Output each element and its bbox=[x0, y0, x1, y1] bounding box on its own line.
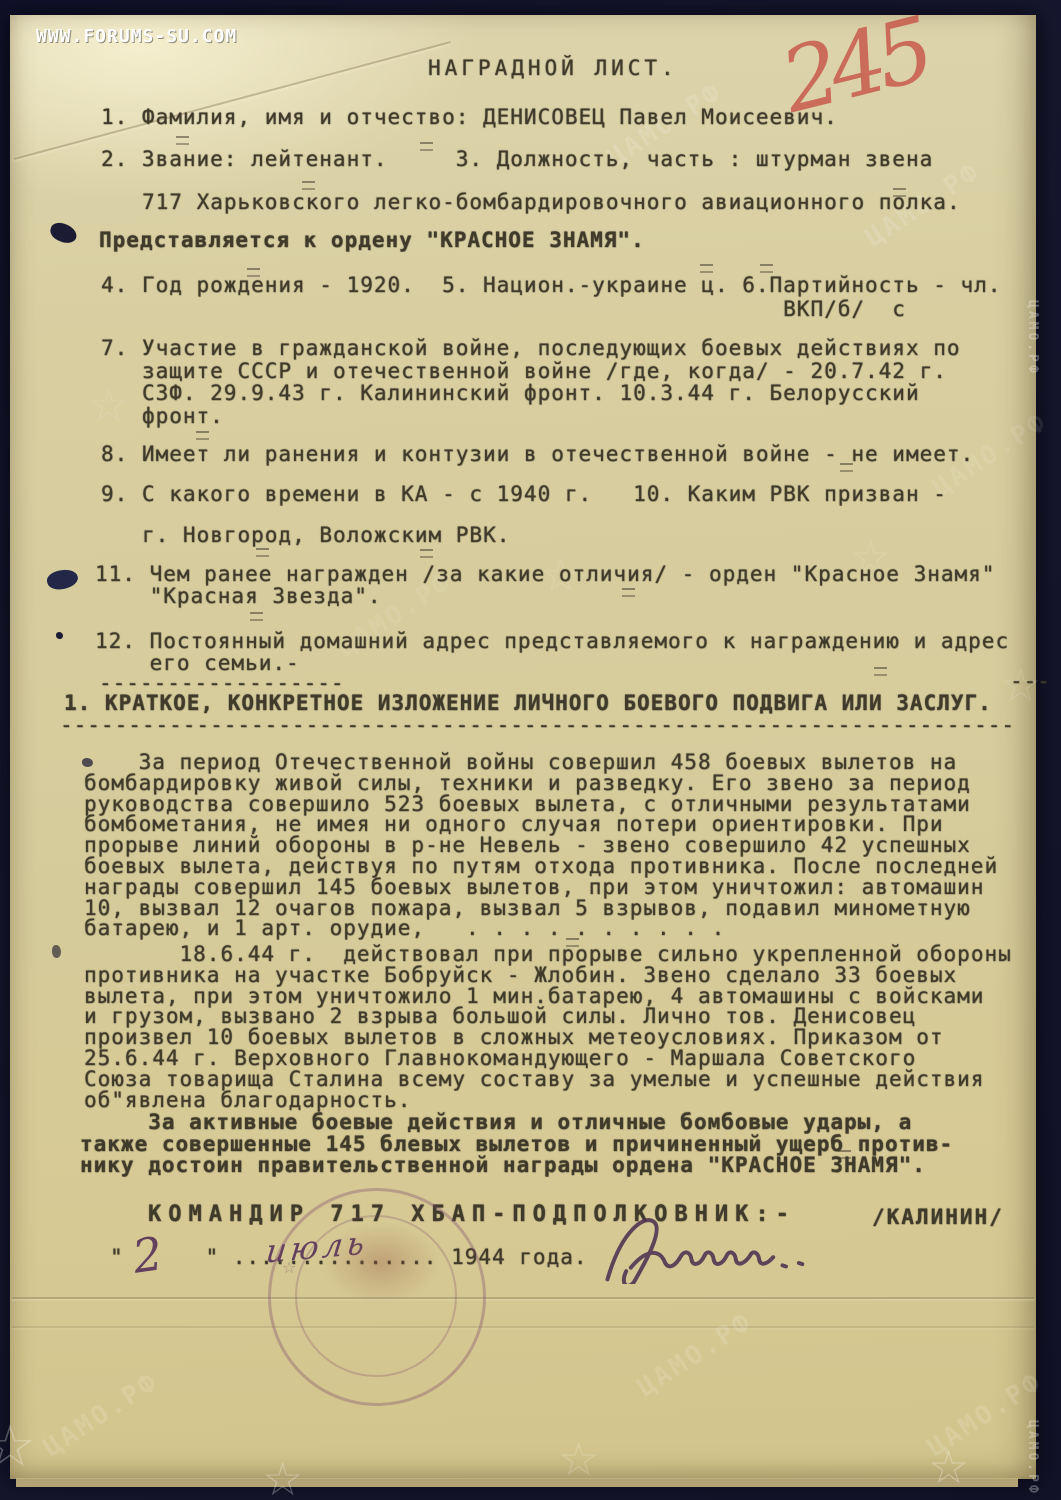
round-stamp-center-smudge bbox=[322, 1222, 440, 1304]
citation-paragraph-1: За период Отечественной войны совершил 4… bbox=[84, 752, 998, 939]
site-watermark: WWW.FORUMS-SU.COM bbox=[36, 26, 237, 47]
ink-blot bbox=[56, 632, 63, 639]
field-rank-position: 2. Звание: лейтенант. 3. Должность, част… bbox=[101, 148, 933, 170]
citation-paragraph-2: 18.6.44 г. действовал при прорыве сильно… bbox=[84, 944, 1012, 1110]
paper-bottom-edge bbox=[16, 1478, 1018, 1487]
pencil-mark bbox=[302, 181, 315, 190]
archive-watermark: ЦАМО.РФ bbox=[1025, 1420, 1040, 1496]
field-presented-order: Представляется к ордену "КРАСНОЕ ЗНАМЯ". bbox=[99, 229, 645, 251]
dashed-rule: ----------------------------------------… bbox=[60, 714, 1015, 736]
pencil-mark bbox=[760, 264, 773, 273]
star-watermark-icon: ☆ bbox=[928, 1440, 969, 1494]
star-watermark-icon: ☆ bbox=[0, 1412, 36, 1480]
crease-line bbox=[12, 1297, 1034, 1299]
field-name: 1. Фамилия, имя и отчество: ДЕНИСОВЕЦ Па… bbox=[101, 106, 838, 128]
star-watermark-icon: ☆ bbox=[262, 1452, 303, 1500]
field-unit: 717 Харьковского легко-бомбардировочного… bbox=[142, 191, 961, 213]
pencil-mark bbox=[176, 136, 189, 145]
pencil-mark bbox=[196, 431, 209, 440]
citation-paragraph-3: За активные боевые действия и отличные б… bbox=[80, 1112, 953, 1177]
field-previous-awards: 11. Чем ранее награжден /за какие отличи… bbox=[95, 563, 995, 607]
commander-signature bbox=[592, 1214, 840, 1284]
pencil-mark bbox=[700, 264, 713, 273]
field-service-since: 9. С какого времени в КА - с 1940 г. 10.… bbox=[101, 483, 947, 505]
field-birth-nationality-party: 4. Год рождения - 1920. 5. Национ.-украи… bbox=[101, 273, 1001, 321]
signed-name: /КАЛИНИН/ bbox=[872, 1206, 1004, 1228]
pencil-mark bbox=[250, 612, 263, 621]
field-home-address: 12. Постоянный домашний адрес представля… bbox=[95, 630, 1009, 674]
ink-blot bbox=[52, 945, 61, 958]
scanned-document-page: ЦАМО.РФ ЦАМО.РФ ЦАМО.РФ ЦАМО.РФ ЦАМО.РФ … bbox=[0, 0, 1061, 1500]
archive-watermark: ЦАМО.РФ bbox=[1025, 300, 1040, 376]
crease-line bbox=[12, 1326, 1034, 1328]
pencil-mark bbox=[420, 549, 433, 558]
field-wounds: 8. Имеет ли ранения и контузии в отечест… bbox=[101, 443, 974, 465]
field-drafted-by: г. Новгород, Воложским РВК. bbox=[142, 524, 510, 546]
field-war-participation: 7. Участие в гражданской войне, последую… bbox=[101, 337, 961, 427]
pencil-mark bbox=[256, 548, 269, 557]
stamp-star-icon: ☆ bbox=[282, 1258, 296, 1277]
dashed-rule: --- bbox=[1010, 670, 1051, 692]
document-title: НАГРАДНОЙ ЛИСТ. bbox=[428, 57, 678, 79]
star-watermark-icon: ☆ bbox=[558, 1432, 599, 1486]
section-heading: 1. КРАТКОЕ, КОНКРЕТНОЕ ИЗЛОЖЕНИЕ ЛИЧНОГО… bbox=[64, 692, 992, 714]
